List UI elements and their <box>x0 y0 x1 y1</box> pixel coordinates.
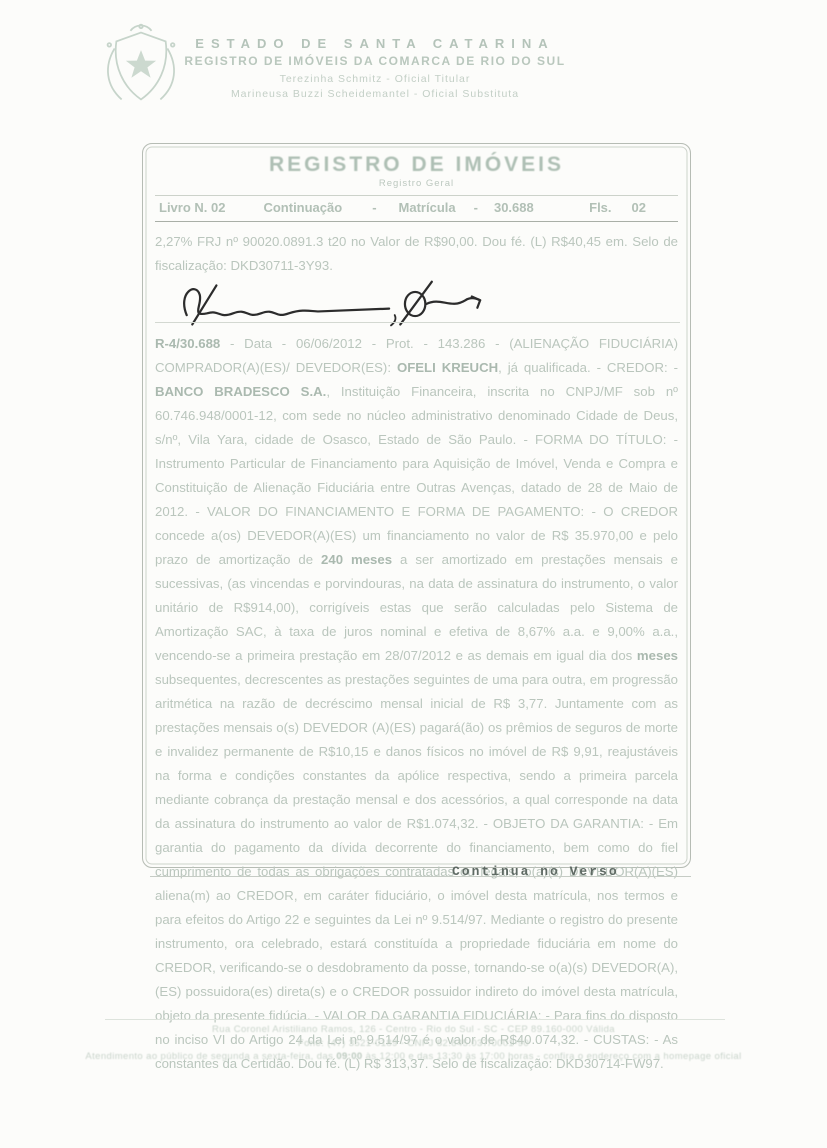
registry-name: REGISTRO DE IMÓVEIS DA COMARCA DE RIO DO… <box>95 54 655 68</box>
footer-hours-line: Atendimento ao público de segunda a sext… <box>0 1050 827 1064</box>
letterhead: ESTADO DE SANTA CATARINA REGISTRO DE IMÓ… <box>95 36 655 100</box>
state-name: ESTADO DE SANTA CATARINA <box>95 36 655 51</box>
matricula-label: Matrícula <box>399 200 456 215</box>
footer-rule <box>105 1019 725 1020</box>
registry-record-box: REGISTRO DE IMÓVEIS Registro Geral Livro… <box>142 143 691 868</box>
matricula-number: 30.688 <box>494 200 534 215</box>
footer-address-line: Rua Coronel Aristiliano Ramos, 126 - Cen… <box>0 1023 827 1037</box>
record-meta-row: Livro N. 02 Continuação - Matrícula - 30… <box>155 195 678 222</box>
dash: - <box>372 200 376 215</box>
page-footer: Rua Coronel Aristiliano Ramos, 126 - Cen… <box>0 1023 827 1064</box>
fls-number: 02 <box>632 200 646 215</box>
continua-no-verso-stamp: Continua no Verso <box>452 864 619 879</box>
signature-rule <box>155 322 680 323</box>
officer-substitute: Marineusa Buzzi Scheidemantel - Oficial … <box>95 88 655 100</box>
continuacao-label: Continuação <box>263 200 342 215</box>
previous-act-closing-text: 2,27% FRJ nº 90020.0891.3 t20 no Valor d… <box>155 230 678 278</box>
scanned-registry-page: ESTADO DE SANTA CATARINA REGISTRO DE IMÓ… <box>0 0 827 1148</box>
box-subtitle: Registro Geral <box>155 178 678 189</box>
r4-registration-text: R-4/30.688 - Data - 06/06/2012 - Prot. -… <box>155 332 678 1076</box>
dash: - <box>474 200 478 215</box>
livro-label: Livro N. 02 <box>159 200 225 215</box>
fls-label: Fls. <box>589 200 611 215</box>
officer-titular: Terezinha Schmitz - Oficial Titular <box>95 73 655 85</box>
box-title: REGISTRO DE IMÓVEIS <box>155 153 678 177</box>
signature-area <box>149 278 678 330</box>
footer-phone-line: Fone: (47) 3521-0189 - CNPJ 82.845.037/0… <box>0 1037 827 1051</box>
